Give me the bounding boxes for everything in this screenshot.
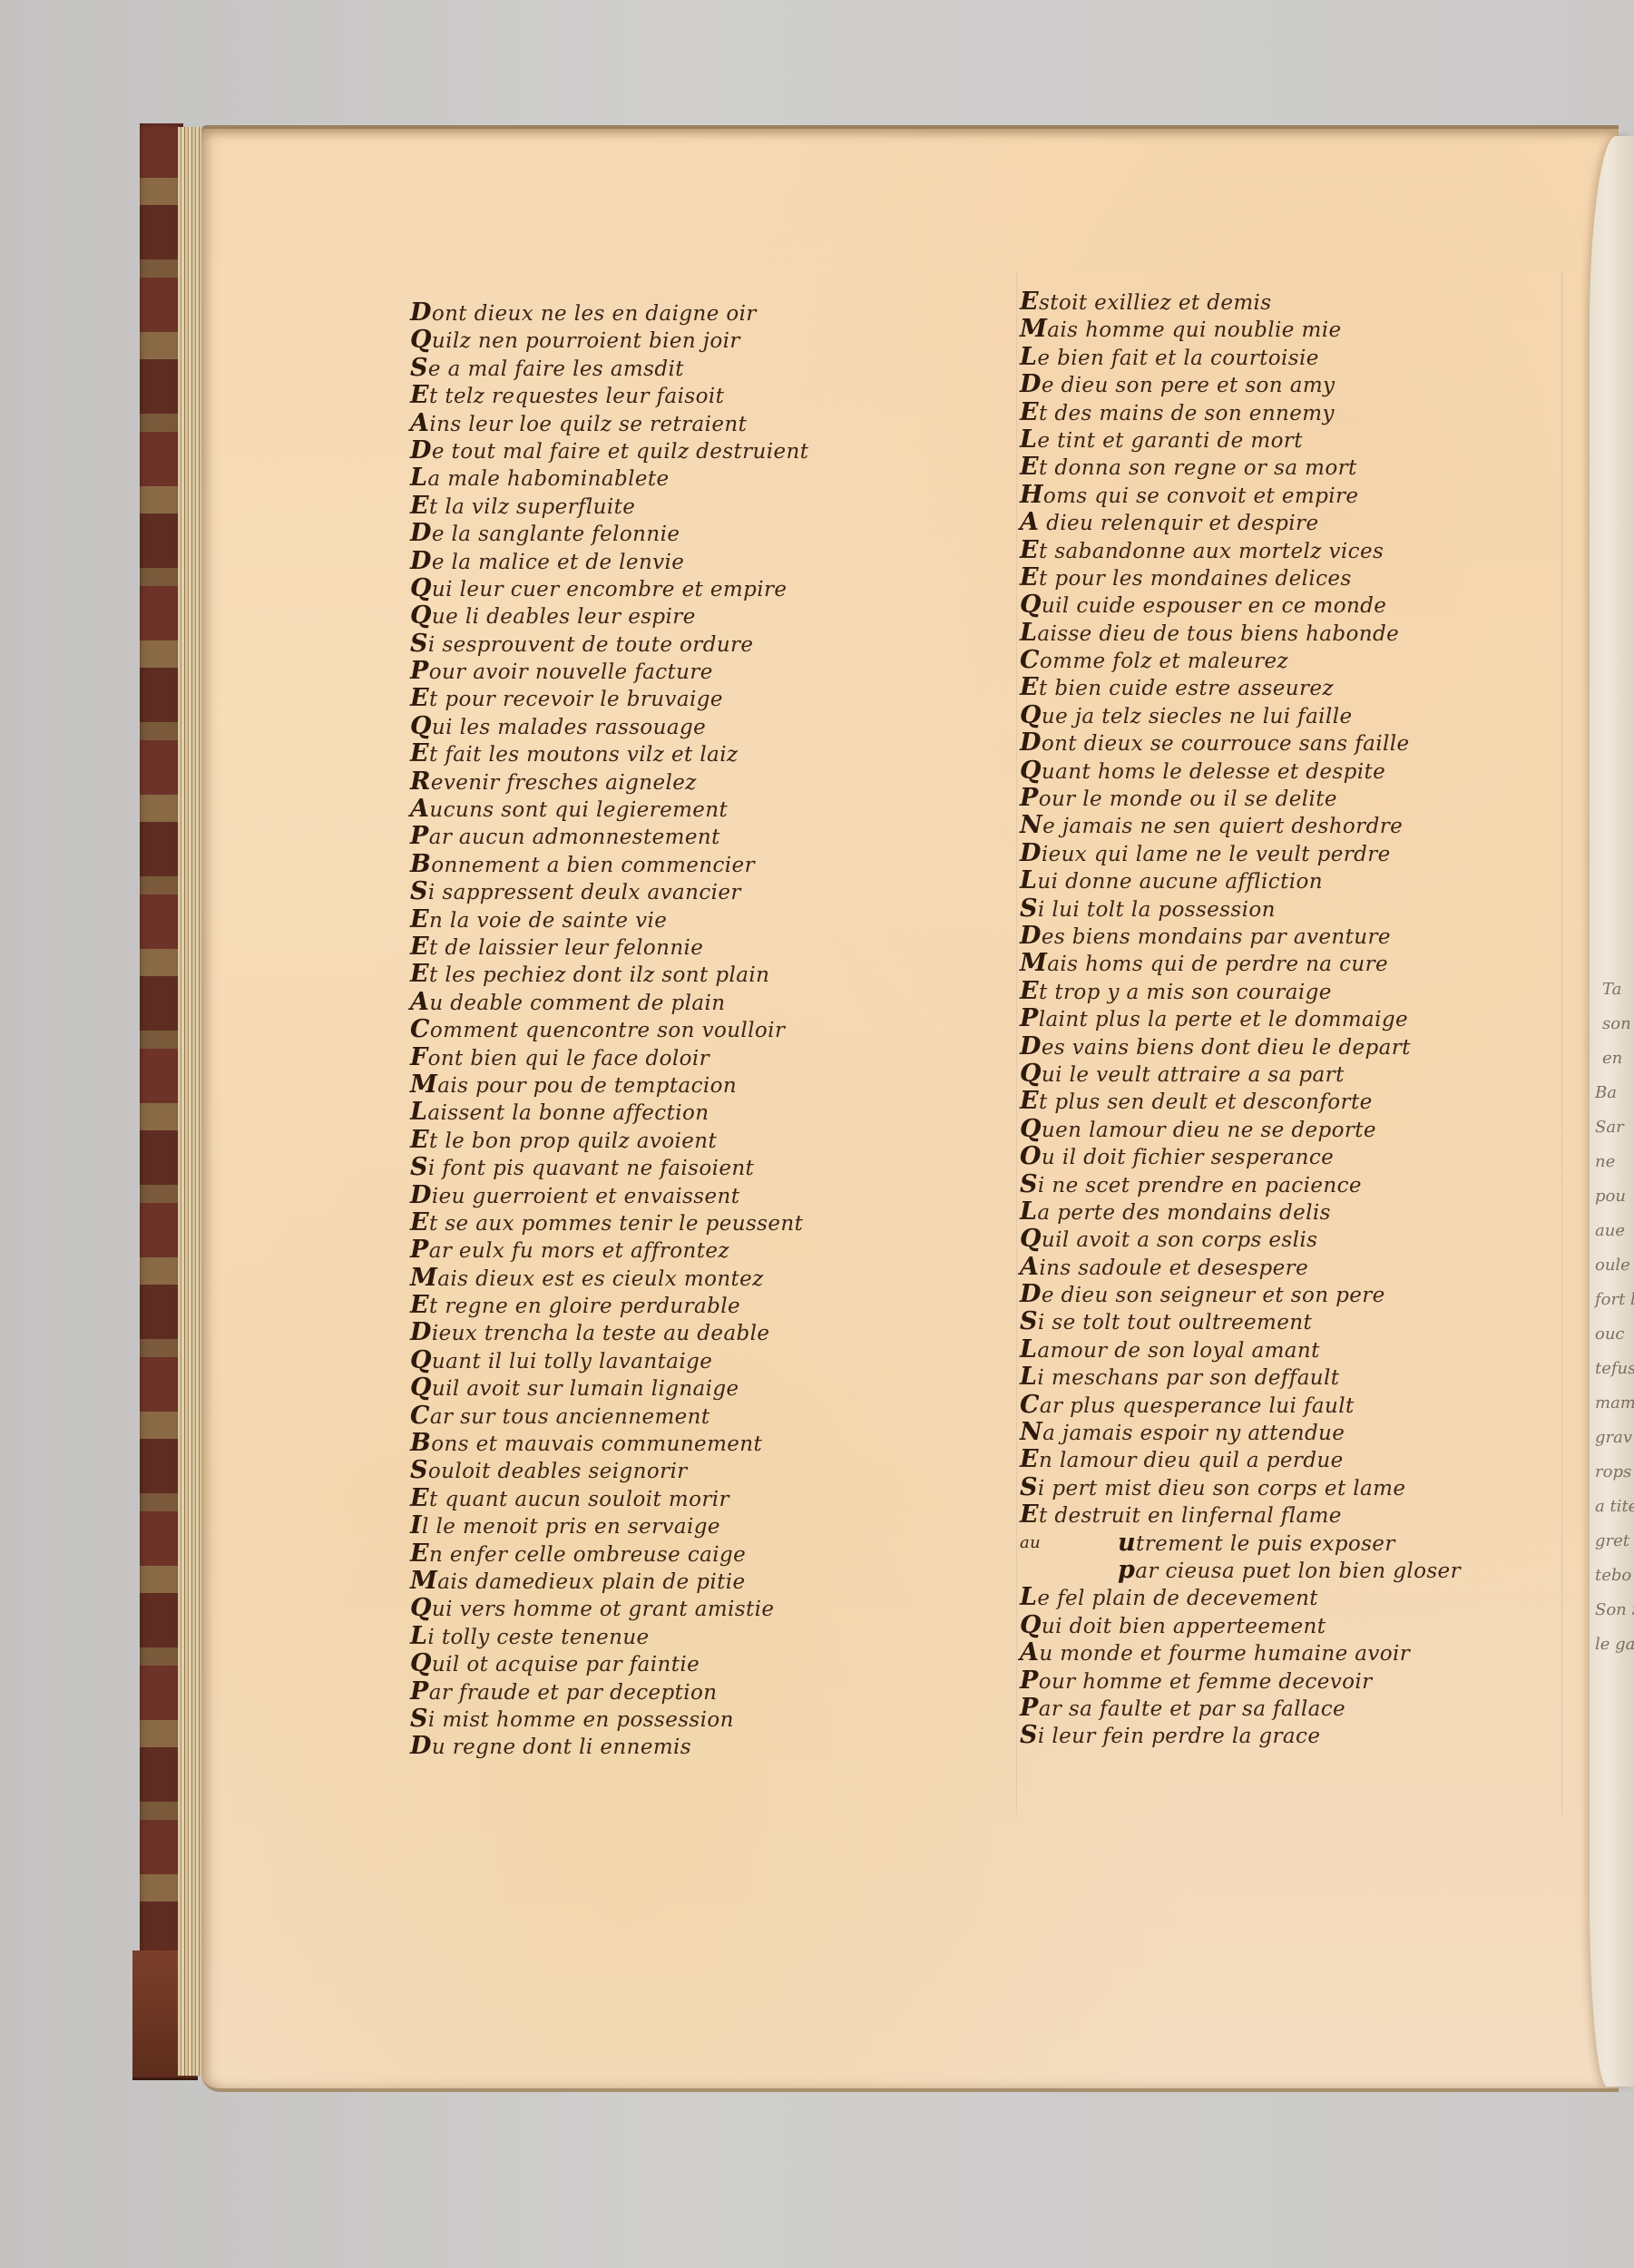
line-initial: P	[1020, 1004, 1039, 1032]
line-initial: Q	[410, 712, 432, 740]
line-initial: D	[410, 1318, 432, 1346]
verse-line: Plaint plus la perte et le dommaige	[1020, 1005, 1461, 1032]
line-initial: E	[410, 381, 429, 409]
verse-line: Bonnement a bien commencier	[410, 851, 808, 878]
book-binding	[140, 123, 183, 2072]
line-initial: Q	[1020, 1611, 1042, 1639]
line-initial: D	[1020, 1280, 1042, 1308]
verse-line: Et le bon prop quilz avoient	[410, 1127, 808, 1154]
verse-line: Et trop y a mis son couraige	[1020, 978, 1461, 1005]
line-initial: Q	[410, 1374, 432, 1402]
next-page-text-fragment: tebo	[1595, 1566, 1631, 1585]
verse-line: Le fel plain de decevement	[1020, 1584, 1461, 1611]
line-initial: L	[1020, 619, 1037, 647]
verse-line: Pour avoir nouvelle facture	[410, 658, 808, 685]
verse-line: Qui doit bien apperteement	[1020, 1612, 1461, 1639]
line-initial: N	[1020, 811, 1042, 839]
verse-line: Quen lamour dieu ne se deporte	[1020, 1116, 1461, 1143]
line-initial: M	[410, 1070, 437, 1099]
line-initial: E	[410, 739, 429, 767]
line-initial: S	[1020, 894, 1038, 923]
verse-line: Et quant aucun souloit morir	[410, 1485, 808, 1512]
verse-line: Si sappressent deulx avancier	[410, 878, 808, 905]
next-page-text-fragment: ouc	[1595, 1325, 1625, 1344]
line-initial: A	[1020, 508, 1039, 536]
verse-line: Et de laissier leur felonnie	[410, 934, 808, 961]
line-initial: P	[410, 1677, 429, 1706]
verse-line: Si ne scet prendre en pacience	[1020, 1171, 1461, 1198]
line-initial: Q	[410, 326, 432, 354]
line-initial: L	[1020, 1583, 1037, 1611]
verse-line: Homs qui se convoit et empire	[1020, 482, 1461, 509]
line-initial: E	[410, 1540, 429, 1568]
line-initial: C	[1020, 646, 1040, 674]
verse-line: Dont dieux se courrouce sans faille	[1020, 729, 1461, 757]
verse-line: Dont dieux ne les en daigne oir	[410, 299, 808, 327]
line-initial: D	[410, 519, 432, 547]
verse-line: Du regne dont li ennemis	[410, 1733, 808, 1760]
verse-line: Par eulx fu mors et affrontez	[410, 1237, 808, 1264]
line-initial: C	[410, 1015, 430, 1043]
line-initial: S	[1020, 1170, 1038, 1198]
line-initial: N	[1020, 1418, 1042, 1446]
verse-line: Dieux qui lame ne le veult perdre	[1020, 840, 1461, 867]
verse-line: Le bien fait et la courtoisie	[1020, 344, 1461, 371]
next-page-text-fragment: en	[1602, 1049, 1622, 1068]
verse-line: Par sa faulte et par sa fallace	[1020, 1695, 1461, 1722]
verse-line: Laisse dieu de tous biens habonde	[1020, 620, 1461, 647]
verse-line: Quant homs le delesse et despite	[1020, 758, 1461, 785]
line-initial: Q	[1020, 1225, 1042, 1253]
line-initial: A	[410, 988, 429, 1016]
right-text-column: Estoit exilliez et demisMais homme qui n…	[1020, 288, 1461, 1750]
verse-line: Mais damedieux plain de pitie	[410, 1568, 808, 1595]
line-initial: C	[410, 1402, 430, 1430]
verse-line: Pour le monde ou il se delite	[1020, 785, 1461, 812]
line-initial: E	[410, 492, 429, 520]
line-initial: E	[1020, 1445, 1039, 1473]
verse-line: De tout mal faire et quilz destruient	[410, 437, 808, 464]
verse-line: Et des mains de son ennemy	[1020, 399, 1461, 426]
line-initial: L	[1020, 866, 1037, 894]
guide-letter: au	[1020, 1530, 1041, 1557]
verse-line: Li tolly ceste tenenue	[410, 1623, 808, 1650]
line-initial: D	[410, 547, 432, 575]
verse-line: Par fraude et par deception	[410, 1678, 808, 1706]
verse-line: Souloit deables seignorir	[410, 1457, 808, 1484]
verse-line: Si se tolt tout oultreement	[1020, 1308, 1461, 1335]
line-initial: A	[410, 795, 429, 823]
line-initial: M	[1020, 315, 1047, 343]
line-initial: L	[1020, 343, 1037, 371]
line-initial: S	[410, 630, 428, 658]
next-page-text-fragment: rops	[1595, 1462, 1631, 1481]
verse-line: Car sur tous anciennement	[410, 1403, 808, 1430]
next-page-text-fragment: mam	[1595, 1393, 1634, 1413]
verse-line: Si font pis quavant ne faisoient	[410, 1154, 808, 1181]
next-page-text-fragment: fort le	[1595, 1290, 1634, 1309]
verse-line: Au monde et fourme humaine avoir	[1020, 1639, 1461, 1667]
verse-line: Qui les malades rassouage	[410, 713, 808, 740]
next-page-text-fragment: a tite	[1595, 1497, 1634, 1516]
next-page-text-fragment: son	[1602, 1014, 1631, 1033]
verse-line: Font bien qui le face doloir	[410, 1044, 808, 1071]
line-initial: P	[410, 1236, 429, 1264]
verse-line: Ou il doit fichier sesperance	[1020, 1143, 1461, 1170]
line-initial: E	[410, 1291, 429, 1319]
verse-line: Mais homs qui de perdre na cure	[1020, 950, 1461, 977]
line-initial: E	[1020, 563, 1039, 591]
line-initial: E	[1020, 536, 1039, 564]
verse-line: Au deable comment de plain	[410, 989, 808, 1016]
verse-line: De dieu son seigneur et son pere	[1020, 1281, 1461, 1308]
line-initial: S	[410, 1153, 428, 1181]
verse-line: Et pour recevoir le bruvaige	[410, 685, 808, 712]
line-initial: P	[1020, 784, 1039, 812]
line-initial: D	[1020, 922, 1042, 950]
line-initial: O	[1020, 1142, 1042, 1170]
verse-line: Si sesprouvent de toute ordure	[410, 631, 808, 658]
next-page-text-fragment: oule	[1595, 1256, 1630, 1275]
line-initial: D	[410, 436, 432, 464]
line-initial: E	[1020, 977, 1039, 1005]
line-initial: Q	[410, 574, 432, 602]
next-page-text-fragment: tefus	[1595, 1359, 1634, 1378]
verse-line: Et se aux pommes tenir le peussent	[410, 1209, 808, 1237]
line-initial: u	[1118, 1529, 1136, 1557]
verse-line: Et donna son regne or sa mort	[1020, 454, 1461, 481]
next-page-text-fragment: le gaus	[1595, 1635, 1634, 1654]
verse-line: Comment quencontre son voulloir	[410, 1016, 808, 1043]
line-initial: P	[410, 657, 429, 685]
verse-line: Par aucun admonnestement	[410, 823, 808, 850]
line-initial: B	[410, 1429, 431, 1457]
verse-line: A dieu relenquir et despire	[1020, 509, 1461, 536]
next-page-text-fragment: Sar	[1595, 1118, 1624, 1137]
line-initial: Q	[410, 1346, 432, 1374]
verse-line: Qui vers homme ot grant amistie	[410, 1595, 808, 1622]
line-initial: E	[410, 933, 429, 961]
line-initial: D	[1020, 370, 1042, 398]
verse-line: Mais dieux est es cieulx montez	[410, 1265, 808, 1292]
line-initial: S	[1020, 1721, 1038, 1749]
verse-line: Se a mal faire les amsdit	[410, 355, 808, 382]
line-initial: D	[1020, 728, 1042, 757]
line-initial: S	[1020, 1307, 1038, 1335]
verse-line: Aucuns sont qui legierement	[410, 796, 808, 823]
verse-line: Quant il lui tolly lavantaige	[410, 1347, 808, 1374]
line-initial: I	[410, 1511, 422, 1540]
line-initial: E	[410, 960, 429, 988]
line-initial: E	[410, 684, 429, 712]
line-initial: L	[1020, 1198, 1037, 1226]
next-page-text-fragment: Ba	[1595, 1083, 1617, 1102]
verse-line: Si pert mist dieu son corps et lame	[1020, 1474, 1461, 1501]
verse-line: En enfer celle ombreuse caige	[410, 1540, 808, 1568]
line-initial: L	[410, 1622, 427, 1650]
verse-line: Des biens mondains par aventure	[1020, 923, 1461, 950]
verse-line: Des vains biens dont dieu le depart	[1020, 1033, 1461, 1061]
line-initial: E	[410, 905, 429, 934]
verse-line: Quil avoit sur lumain lignaige	[410, 1374, 808, 1402]
verse-line: Ne jamais ne sen quiert deshordre	[1020, 812, 1461, 839]
line-initial: Q	[1020, 1060, 1042, 1088]
next-page-text-fragment: grav	[1595, 1428, 1632, 1447]
next-page-text-fragment: gret	[1595, 1531, 1629, 1550]
verse-line: De la sanglante felonnie	[410, 520, 808, 547]
line-initial: M	[1020, 949, 1047, 977]
line-initial: E	[1020, 398, 1039, 426]
line-initial: Q	[410, 601, 432, 630]
verse-line: Que li deables leur espire	[410, 602, 808, 630]
verse-line: Si mist homme en possession	[410, 1706, 808, 1733]
verse-line: Mais homme qui noublie mie	[1020, 316, 1461, 343]
verse-line: En lamour dieu quil a perdue	[1020, 1446, 1461, 1473]
line-initial: L	[410, 1098, 427, 1126]
verse-line: En la voie de sainte vie	[410, 906, 808, 934]
line-initial: E	[410, 1208, 429, 1237]
line-initial: L	[1020, 1363, 1037, 1391]
line-initial: p	[1118, 1556, 1135, 1584]
verse-line: Pour homme et femme decevoir	[1020, 1667, 1461, 1695]
line-initial: A	[410, 409, 429, 437]
line-initial: S	[1020, 1473, 1038, 1501]
verse-line: Quilz nen pourroient bien joir	[410, 327, 808, 354]
verse-line: Et telz requestes leur faisoit	[410, 382, 808, 409]
verse-line: Et destruit en linfernal flame	[1020, 1501, 1461, 1529]
verse-line: Il le menoit pris en servaige	[410, 1512, 808, 1540]
line-initial: P	[410, 822, 429, 850]
line-initial: Q	[1020, 757, 1042, 785]
line-initial: S	[410, 354, 428, 382]
verse-line: Laissent la bonne affection	[410, 1099, 808, 1126]
line-initial: L	[410, 464, 427, 492]
line-initial: C	[1020, 1391, 1040, 1419]
verse-line: Ains leur loe quilz se retraient	[410, 410, 808, 437]
line-initial: B	[410, 850, 431, 878]
line-initial: E	[1020, 1501, 1039, 1529]
verse-line: Que ja telz siecles ne lui faille	[1020, 702, 1461, 729]
line-initial: L	[1020, 1335, 1037, 1364]
verse-line: La male habominablete	[410, 464, 808, 492]
verse-line: Ains sadoule et desespere	[1020, 1254, 1461, 1281]
verse-line: Et sabandonne aux mortelz vices	[1020, 537, 1461, 564]
next-page-text-fragment: Son S	[1595, 1600, 1634, 1619]
verse-line: Li meschans par son deffault	[1020, 1364, 1461, 1391]
line-initial: Q	[1020, 591, 1042, 619]
verse-line: par cieusa puet lon bien gloser	[1020, 1557, 1461, 1584]
verse-line: Car plus quesperance lui fault	[1020, 1392, 1461, 1419]
line-initial: Q	[1020, 1115, 1042, 1143]
verse-line: Et la vilz superfluite	[410, 493, 808, 520]
verse-line: Et fait les moutons vilz et laiz	[410, 740, 808, 767]
verse-line: Et les pechiez dont ilz sont plain	[410, 961, 808, 988]
line-initial: E	[410, 1484, 429, 1512]
line-initial: E	[410, 1126, 429, 1154]
line-initial: Q	[410, 1649, 432, 1677]
verse-line: utrement le puis exposerau	[1020, 1530, 1461, 1557]
verse-line: Si lui tolt la possession	[1020, 895, 1461, 923]
verse-line: Mais pour pou de temptacion	[410, 1071, 808, 1099]
line-initial: Q	[410, 1594, 432, 1622]
verse-line: Lui donne aucune affliction	[1020, 867, 1461, 894]
line-initial: S	[410, 1456, 428, 1484]
verse-line: De dieu son pere et son amy	[1020, 371, 1461, 398]
verse-line: Qui le veult attraire a sa part	[1020, 1061, 1461, 1088]
next-page-text-fragment: ne	[1595, 1152, 1615, 1171]
verse-line: Quil avoit a son corps eslis	[1020, 1226, 1461, 1253]
next-page-text-fragment: aue	[1595, 1221, 1625, 1240]
verse-line: Qui leur cuer encombre et empire	[410, 575, 808, 602]
verse-line: Estoit exilliez et demis	[1020, 288, 1461, 316]
next-page-text-fragment: Ta	[1602, 980, 1621, 999]
line-initial: S	[410, 877, 428, 905]
left-text-column: Dont dieux ne les en daigne oirQuilz nen…	[410, 299, 808, 1761]
line-initial: D	[1020, 839, 1042, 867]
next-page-curl: TasonenBaSarnepouaueoulefort leouctefusm…	[1590, 136, 1634, 2087]
verse-line: Bons et mauvais communement	[410, 1430, 808, 1457]
verse-line: La perte des mondains delis	[1020, 1198, 1461, 1226]
verse-line: Comme folz et maleurez	[1020, 647, 1461, 674]
line-initial: F	[410, 1043, 428, 1071]
line-initial: E	[1020, 453, 1039, 481]
line-initial: E	[1020, 673, 1039, 701]
verse-line: Et regne en gloire perdurable	[410, 1292, 808, 1319]
line-initial: A	[1020, 1253, 1039, 1281]
verse-line: Le tint et garanti de mort	[1020, 426, 1461, 454]
verse-line: Quil cuide espouser en ce monde	[1020, 591, 1461, 619]
verse-line: Dieu guerroient et envaissent	[410, 1182, 808, 1209]
line-initial: R	[410, 767, 431, 796]
verse-line: De la malice et de lenvie	[410, 548, 808, 575]
verse-line: Lamour de son loyal amant	[1020, 1336, 1461, 1364]
verse-line: Et plus sen deult et desconforte	[1020, 1088, 1461, 1115]
verse-line: Et bien cuide estre asseurez	[1020, 674, 1461, 701]
line-initial: E	[1020, 288, 1039, 316]
line-initial: M	[410, 1567, 437, 1595]
verse-line: Revenir fresches aignelez	[410, 768, 808, 796]
line-initial: A	[1020, 1638, 1039, 1667]
verse-line: Si leur fein perdre la grace	[1020, 1722, 1461, 1749]
line-initial: P	[1020, 1694, 1039, 1722]
line-initial: Q	[1020, 701, 1042, 729]
line-initial: D	[410, 1732, 432, 1760]
line-initial: D	[410, 1181, 432, 1209]
line-initial: D	[410, 298, 432, 327]
verse-line: Et pour les mondaines delices	[1020, 564, 1461, 591]
line-initial: E	[1020, 1087, 1039, 1115]
line-initial: H	[1020, 481, 1043, 509]
line-initial: L	[1020, 425, 1037, 454]
verse-line: Dieux trencha la teste au deable	[410, 1319, 808, 1346]
next-page-text-fragment: pou	[1595, 1187, 1626, 1206]
line-initial: P	[1020, 1667, 1039, 1695]
verse-line: Quil ot acquise par faintie	[410, 1650, 808, 1677]
line-initial: M	[410, 1264, 437, 1292]
verse-line: Na jamais espoir ny attendue	[1020, 1419, 1461, 1446]
line-initial: S	[410, 1705, 428, 1733]
line-initial: D	[1020, 1032, 1042, 1061]
